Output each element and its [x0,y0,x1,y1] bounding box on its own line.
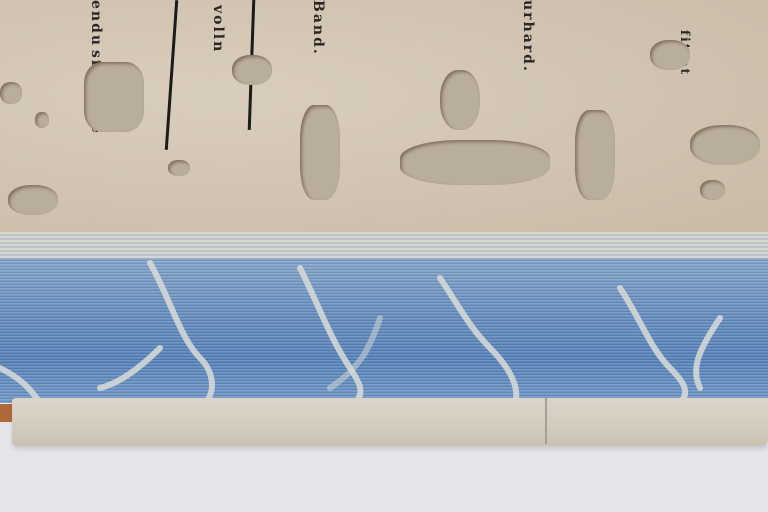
printed-page: endu sffurlide volln Band. urhard. fitte… [0,0,768,240]
worm-damage [575,110,615,200]
worm-damage [84,62,144,132]
blue-marbled-fore-edge [0,258,768,403]
binding-stain [0,404,12,422]
worm-damage [232,55,272,85]
fraktur-text-fragment: endu [88,0,104,47]
worm-hole [700,180,725,200]
fraktur-text-fragment: volln [210,5,226,53]
worm-damage [400,140,550,185]
worm-hole [168,160,190,176]
fraktur-text-fragment: Band. [310,0,326,56]
book-edge-photo: endu sffurlide volln Band. urhard. fitte… [0,0,768,512]
background-surface [0,440,768,512]
wrapper-seam [545,398,547,444]
worm-damage [440,70,480,130]
worm-hole [0,82,22,104]
column-rule [165,0,178,150]
worm-damage [650,40,690,70]
paper-wrapper-strip [12,398,768,446]
worm-damage [690,125,760,165]
fraktur-text-fragment: urhard. [520,0,536,73]
worm-damage [300,105,340,200]
marble-vein-pattern [0,258,768,403]
worm-damage [8,185,58,215]
worm-hole [35,112,49,128]
